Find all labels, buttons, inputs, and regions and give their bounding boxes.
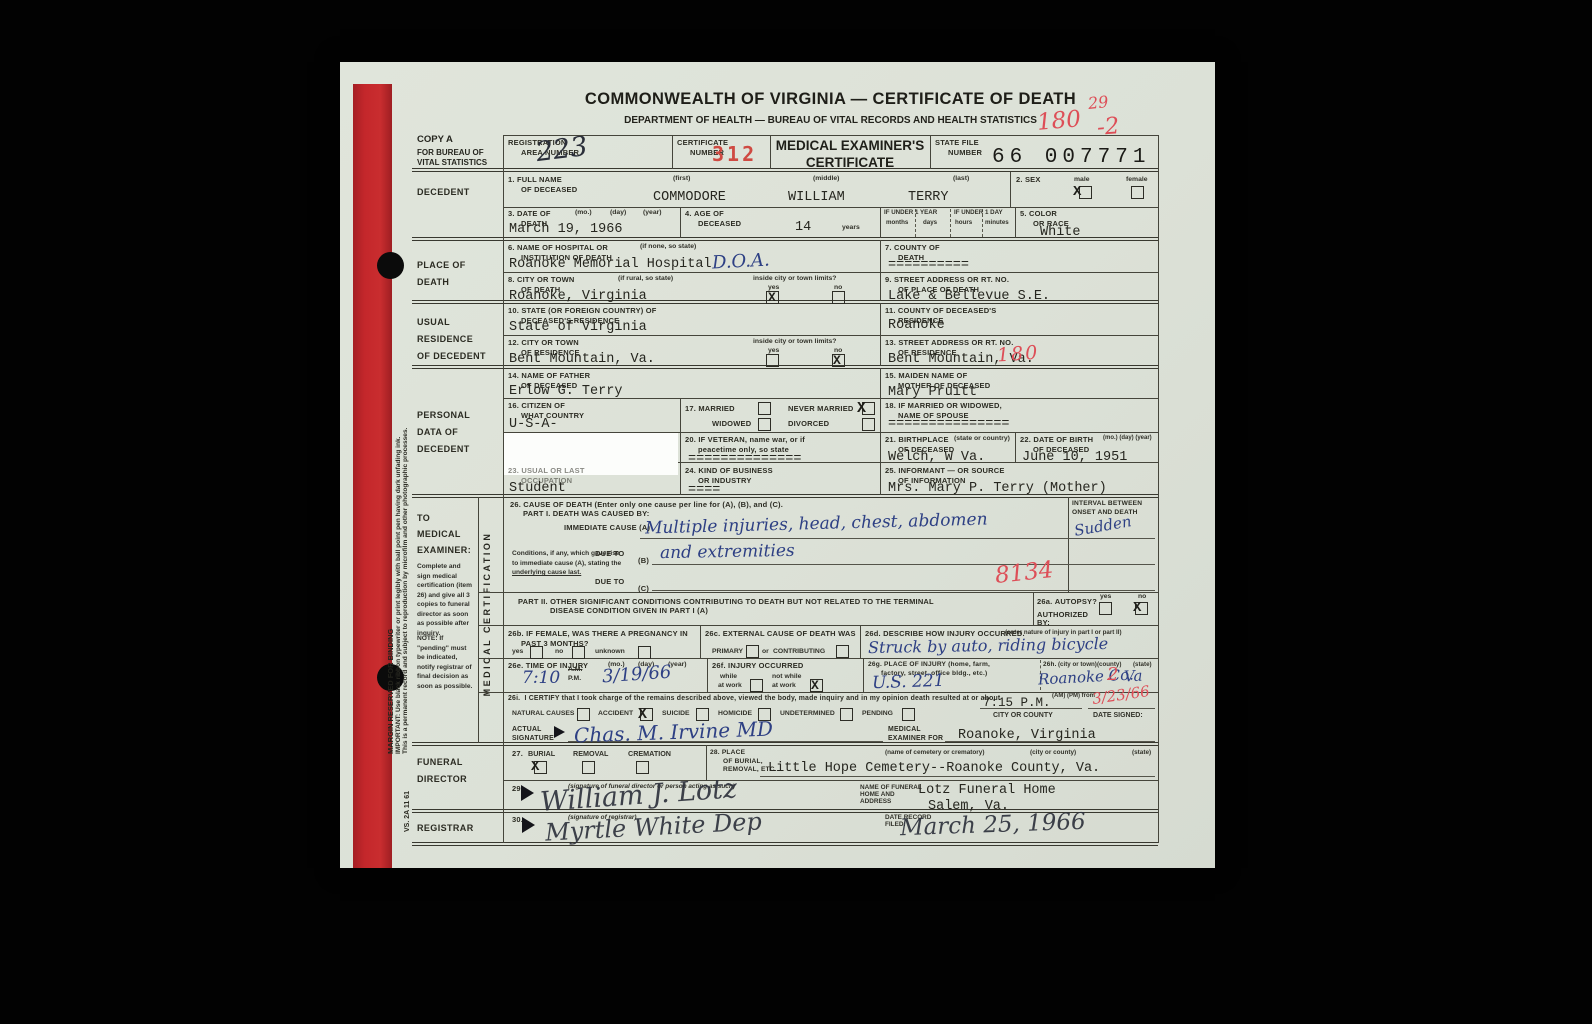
- field8-no-label: no: [834, 284, 842, 291]
- field26g-number: 26g.: [868, 661, 882, 668]
- medical-examiners-line1: MEDICAL EXAMINER'S: [770, 138, 930, 153]
- medical-examiner-for-label: MEDICALEXAMINER FOR: [888, 726, 943, 744]
- field16-number: 16.: [508, 401, 519, 410]
- interval-l1: INTERVAL BETWEEN: [1072, 500, 1142, 509]
- section-label-to-medical-examiner: TOMEDICALEXAMINER:: [417, 510, 471, 559]
- business-value: ====: [688, 483, 720, 498]
- field1-l1: FULL NAME: [517, 175, 562, 184]
- binding-margin-title: MARGIN RESERVED FOR BINDING: [386, 302, 395, 754]
- actual-signature-label: ACTUALSIGNATURE: [512, 726, 554, 744]
- line: [880, 432, 881, 462]
- name-middle-value: WILLIAM: [788, 190, 845, 205]
- cond-l1: Conditions, if any, which gave rise: [512, 549, 632, 559]
- field26f-number: 26f.: [712, 661, 726, 670]
- field26a-label: 26a. AUTOPSY?: [1037, 597, 1097, 607]
- field28-label: 28. PLACEOF BURIAL,REMOVAL, ETC.: [710, 749, 777, 775]
- red-annotation-180: 180: [1036, 106, 1082, 136]
- under1year-label: IF UNDER 1 YEAR: [884, 209, 937, 216]
- field10-number: 10.: [508, 306, 519, 315]
- county-residence-value: Roanoke: [888, 318, 945, 333]
- line: [503, 272, 1158, 273]
- line: [1015, 432, 1016, 462]
- cremation-checkbox: [636, 761, 649, 774]
- field12-l1: CITY OR TOWN: [521, 338, 579, 347]
- pregnancy-unknown-label: unknown: [595, 648, 625, 655]
- field21-number: 21.: [885, 435, 896, 444]
- state-residence-value: State of Virginia: [509, 320, 647, 335]
- field6-number: 6.: [508, 243, 515, 252]
- field26c-number: 26c.: [705, 629, 720, 638]
- signature-pointer-icon: [522, 817, 535, 833]
- citizen-value: U-S-A-: [509, 417, 558, 432]
- contributing-checkbox: [836, 645, 849, 658]
- certificate-number-stamp: 312: [712, 142, 757, 166]
- b-label: (B): [638, 556, 649, 566]
- field5-number: 5.: [1020, 209, 1027, 218]
- street-of-death-value: Lake & Bellevue S.E.: [888, 289, 1050, 304]
- field25-number: 25.: [885, 466, 896, 475]
- line: [1015, 207, 1016, 238]
- field23-number: 23.: [508, 466, 519, 475]
- natural-causes-label: NATURAL CAUSES: [512, 710, 574, 717]
- line: [880, 207, 881, 238]
- field22-l1: DATE OF BIRTH: [1033, 435, 1093, 444]
- line: [980, 708, 1082, 709]
- field25-l1: INFORMANT — OR SOURCE: [898, 466, 1004, 475]
- field8-hint: (if rural, so state): [618, 275, 673, 282]
- field2-l: SEX: [1025, 175, 1041, 184]
- married-checkbox: [758, 402, 771, 415]
- field8-l1: CITY OR TOWN: [517, 275, 575, 284]
- city-of-death-value: Roanoke, Virginia: [509, 289, 647, 304]
- field12-limits-label: inside city or town limits?: [753, 338, 836, 345]
- pregnancy-yes-checkbox: [530, 646, 543, 659]
- funeral-home-label: NAME OF FUNERALHOME ANDADDRESS: [860, 784, 922, 805]
- cause-a-handwriting: Multiple injuries, head, chest, abdomen: [645, 510, 988, 539]
- sex-male-label: male: [1074, 176, 1090, 183]
- field1-hint-middle: (middle): [813, 175, 839, 182]
- while-at-work-checkbox: [750, 679, 763, 692]
- me-l2: EXAMINER FOR: [888, 735, 943, 744]
- line: [930, 135, 931, 169]
- autopsy-label: AUTOPSY?: [1055, 597, 1097, 606]
- personal-label-l1: PERSONAL: [417, 407, 470, 424]
- line: [680, 207, 681, 238]
- signature-pointer-icon: [554, 726, 565, 738]
- binding-margin-note: MARGIN RESERVED FOR BINDING IMPORTANT: U…: [386, 302, 409, 754]
- line: [1068, 497, 1069, 592]
- date-signed-handwriting: 3/23/66: [1091, 682, 1151, 708]
- county-of-death-value: ==========: [888, 258, 969, 273]
- field18-l1: IF MARRIED OR WIDOWED,: [898, 401, 1002, 410]
- field4-l2: DECEASED: [698, 219, 741, 229]
- personal-label-l2: DATA OF: [417, 424, 470, 441]
- sex-female-label: female: [1126, 176, 1148, 183]
- red-annotation-29: 29: [1087, 92, 1109, 113]
- days-label: days: [923, 219, 937, 226]
- not-while-at-work-mark: X: [811, 678, 819, 693]
- line: [863, 658, 864, 692]
- cremation-label: CREMATION: [628, 749, 671, 758]
- primary-checkbox: [746, 645, 759, 658]
- tome-l2: MEDICAL: [417, 526, 471, 542]
- name-first-value: COMMODORE: [653, 190, 726, 205]
- cond-l2: to immediate cause (A), stating the: [512, 559, 632, 569]
- line: [860, 625, 861, 658]
- line: [880, 303, 881, 366]
- field26-head2: PART I. DEATH WAS CAUSED BY:: [523, 509, 649, 519]
- field3-hint-mo: (mo.): [575, 209, 592, 216]
- field4-number: 4.: [685, 209, 692, 218]
- field24-number: 24.: [685, 466, 696, 475]
- injury-occurred-label: INJURY OCCURRED: [728, 661, 804, 670]
- field26f-label: 26f. INJURY OCCURRED: [712, 661, 804, 671]
- field26c-l: EXTERNAL CAUSE OF DEATH WAS: [723, 629, 856, 638]
- line: [503, 335, 1158, 336]
- field4-label: 4. AGE OFDECEASED: [685, 209, 741, 229]
- field8-yes-mark: X: [768, 290, 776, 305]
- field20-l1: IF VETERAN, name war, or if: [698, 435, 805, 444]
- state-file-label-l2: NUMBER: [948, 148, 982, 158]
- fh-l3: ADDRESS: [860, 798, 922, 805]
- not-at-work-label: at work: [772, 682, 796, 689]
- line: [880, 368, 881, 398]
- red-annotation-2-county: 2: [1107, 664, 1118, 685]
- part2-text-l2: DISEASE CONDITION GIVEN IN PART I (A): [550, 606, 708, 616]
- personal-label-l3: DECEDENT: [417, 441, 470, 458]
- field1-hint-last: (last): [953, 175, 969, 182]
- field14-l1: NAME OF FATHER: [521, 371, 590, 380]
- line: [503, 135, 504, 843]
- accident-label: ACCIDENT: [598, 710, 633, 717]
- tome-l3: EXAMINER:: [417, 542, 471, 558]
- field7-l1: COUNTY OF: [894, 243, 940, 252]
- line: [503, 207, 1158, 208]
- line: [503, 135, 1158, 136]
- hospital-value: Roanoke Memorial Hospital: [509, 257, 712, 272]
- line: [652, 564, 1155, 565]
- copy-for-line2: VITAL STATISTICS: [417, 158, 487, 167]
- field3-hint-day: (day): [610, 209, 626, 216]
- certify-text: 26i. I CERTIFY that I took charge of the…: [508, 695, 1000, 704]
- pregnancy-no-label: no: [555, 648, 563, 655]
- burial-mark: X: [531, 759, 539, 775]
- cause-b-handwriting: and extremities: [660, 541, 795, 563]
- field1-l2: OF DECEASED: [521, 185, 577, 195]
- field9-number: 9.: [885, 275, 892, 284]
- field12-no-mark: X: [833, 353, 841, 368]
- while-label: while: [720, 673, 737, 680]
- autopsy-yes-checkbox: [1099, 602, 1112, 615]
- doa-handwriting: D.O.A.: [711, 250, 770, 274]
- red-annotation-180-residence: 180: [996, 342, 1040, 367]
- copy-for-line1: FOR BUREAU OF: [417, 148, 484, 157]
- funeral-l1: FUNERAL: [417, 754, 467, 771]
- line: [478, 625, 1158, 626]
- informant-value: Mrs. Mary P. Terry (Mother): [888, 481, 1107, 496]
- field4-l1: AGE OF: [694, 209, 724, 218]
- date-of-injury-handwriting: 3/19/66: [601, 662, 672, 688]
- field2-number: 2.: [1016, 175, 1023, 184]
- field26a-number: 26a.: [1037, 597, 1052, 606]
- line: [503, 780, 1158, 781]
- date-of-death-value: March 19, 1966: [509, 222, 622, 237]
- field8-number: 8.: [508, 275, 515, 284]
- line: [880, 462, 881, 495]
- field11-number: 11.: [885, 306, 896, 315]
- fh-l1: NAME OF FUNERAL: [860, 784, 922, 791]
- time-of-injury-handwriting: 7:10: [522, 668, 560, 688]
- field8-limits-label: inside city or town limits?: [753, 275, 836, 282]
- binding-margin-line: This is a permanent record and subject t…: [402, 302, 409, 754]
- by-label: BY:: [1037, 618, 1050, 628]
- am-label-struck: A.M.: [568, 666, 582, 673]
- registration-area-number-value: 223: [534, 131, 589, 168]
- field22-number: 22.: [1020, 435, 1031, 444]
- field26g-l1: PLACE OF INJURY (home, farm,: [884, 661, 990, 668]
- months-label: months: [886, 219, 908, 226]
- burial-label: BURIAL: [528, 749, 555, 758]
- undetermined-checkbox: [840, 708, 853, 721]
- field7-number: 7.: [885, 243, 892, 252]
- at-work-label: at work: [718, 682, 742, 689]
- field27-number: 27.: [512, 749, 523, 759]
- contributing-label: CONTRIBUTING: [773, 648, 825, 655]
- date-of-birth-value: June 10, 1951: [1022, 450, 1127, 465]
- field6-l1: NAME OF HOSPITAL OR: [517, 243, 608, 252]
- death-certificate-page: MARGIN RESERVED FOR BINDING IMPORTANT: U…: [340, 62, 1215, 868]
- line: [1088, 708, 1155, 709]
- field11-l1: COUNTY OF DECEASED'S: [898, 306, 997, 315]
- line: [770, 135, 771, 169]
- field15-l1: MAIDEN NAME OF: [898, 371, 967, 380]
- line: [478, 497, 479, 743]
- line: [412, 168, 1158, 172]
- field3-number: 3.: [508, 209, 515, 218]
- red-annotation-2: -2: [1096, 113, 1121, 141]
- field17-married-label: 17. MARRIED: [685, 404, 735, 414]
- city-or-county-label: CITY OR COUNTY: [993, 712, 1053, 719]
- primary-label: PRIMARY: [712, 648, 743, 655]
- red-code-8134: 8134: [994, 557, 1055, 589]
- widowed-checkbox: [758, 418, 771, 431]
- sex-male-mark: X: [1073, 184, 1081, 200]
- section-label-place-of-death: PLACE OFDEATH: [417, 257, 466, 291]
- field15-number: 15.: [885, 371, 896, 380]
- field16-l1: CITIZEN OF: [521, 401, 565, 410]
- sig-l1: ACTUAL: [512, 726, 554, 735]
- field1-label: 1. FULL NAMEOF DECEASED: [508, 175, 577, 195]
- field26i-number: 26i.: [508, 695, 520, 702]
- field26b-number: 26b.: [508, 629, 524, 638]
- state-file-number-value: 66 007771: [992, 146, 1150, 169]
- field12-yes-checkbox: [766, 354, 779, 367]
- injury-description-handwriting: Struck by auto, riding bicycle: [868, 634, 1108, 657]
- place-of-injury-handwriting: U.S. 221: [872, 671, 945, 694]
- age-value: 14: [795, 220, 811, 235]
- or-label: or: [762, 648, 769, 655]
- line: [1033, 592, 1034, 625]
- age-unit-label: years: [842, 224, 860, 231]
- certify-statement: I CERTIFY that I took charge of the rema…: [525, 695, 1001, 702]
- signature-pointer-icon: [521, 785, 534, 801]
- field26d-number: 26d.: [865, 629, 881, 638]
- field28-hint-state: (state): [1132, 749, 1151, 756]
- autopsy-yes-label: yes: [1100, 593, 1111, 600]
- divorced-checkbox: [862, 418, 875, 431]
- color-race-value: White: [1040, 225, 1081, 240]
- pregnancy-yes-label: yes: [512, 648, 523, 655]
- field12-number: 12.: [508, 338, 519, 347]
- field22-hint: (mo.) (day) (year): [1103, 435, 1152, 441]
- field1-hint-first: (first): [673, 175, 690, 182]
- field12-yes-label: yes: [768, 347, 779, 354]
- c-label: (C): [638, 584, 649, 594]
- field26h-number: 26h.: [1043, 661, 1057, 669]
- autopsy-no-mark: X: [1133, 600, 1141, 616]
- field28-number: 28.: [710, 749, 720, 756]
- field5-l1: COLOR: [1029, 209, 1057, 218]
- under1day-label: IF UNDER 1 DAY: [954, 209, 1003, 216]
- medical-examiner-for-value: Roanoke, Virginia: [958, 728, 1096, 743]
- never-married-mark: X: [857, 400, 866, 417]
- due-to-c-label: DUE TO: [595, 577, 624, 587]
- section-label-registrar: REGISTRAR: [417, 820, 474, 837]
- sig-l2: SIGNATURE: [512, 735, 554, 744]
- place-of-burial-value: Little Hope Cemetery--Roanoke County, Va…: [768, 761, 1100, 776]
- line: [880, 398, 881, 432]
- occupation-value: Student: [509, 481, 566, 496]
- minutes-label: minutes: [985, 219, 1009, 226]
- autopsy-no-label: no: [1138, 593, 1146, 600]
- birthplace-value: Welch, W Va.: [888, 450, 985, 465]
- field3-hint-year: (year): [643, 209, 662, 216]
- city-residence-value: Bent Mountain, Va.: [509, 352, 655, 367]
- ampm-from-label: (AM) (PM) from: [1052, 693, 1095, 699]
- funeral-l2: DIRECTOR: [417, 771, 467, 788]
- removal-checkbox: [582, 761, 595, 774]
- suicide-label: SUICIDE: [662, 710, 690, 717]
- line: [700, 625, 701, 658]
- pregnancy-unknown-checkbox: [638, 646, 651, 659]
- name-last-value: TERRY: [908, 190, 949, 205]
- res-label-l2: RESIDENCE: [417, 331, 486, 348]
- field17-number: 17.: [685, 404, 696, 413]
- field21-hint: (state or country): [954, 435, 1010, 442]
- line: [1158, 135, 1159, 843]
- place-label-l1: PLACE OF: [417, 257, 466, 274]
- fh-l2: HOME AND: [860, 791, 922, 798]
- pregnancy-no-checkbox: [572, 646, 585, 659]
- place-label-l2: DEATH: [417, 274, 466, 291]
- field10-l1: STATE (OR FOREIGN COUNTRY) OF: [521, 306, 656, 315]
- field21-l1: BIRTHPLACE: [898, 435, 948, 444]
- field28-hint-city: (city or county): [1030, 749, 1076, 756]
- field26c-label: 26c. EXTERNAL CAUSE OF DEATH WAS: [705, 629, 856, 639]
- funeral-home-name-value: Lotz Funeral Home: [918, 783, 1056, 798]
- state-file-label-l1: STATE FILE: [935, 138, 979, 147]
- line: [478, 592, 1158, 593]
- tome-l1: TO: [417, 510, 471, 526]
- field14-number: 14.: [508, 371, 519, 380]
- binding-margin-line: IMPORTANT: Use black ribbon typewriter o…: [395, 302, 402, 754]
- field2-label: 2. SEX: [1016, 175, 1041, 185]
- pm-label: P.M.: [568, 675, 581, 682]
- line: [707, 658, 708, 692]
- widowed-label: WIDOWED: [712, 419, 751, 429]
- me-l1: MEDICAL: [888, 726, 943, 735]
- mother-name-value: Mary Pruitt: [888, 385, 977, 400]
- veteran-value: ==============: [688, 452, 801, 467]
- not-while-label: not while: [772, 673, 801, 680]
- field20-number: 20.: [685, 435, 696, 444]
- line: [760, 776, 1155, 777]
- pending-label: PENDING: [862, 710, 893, 717]
- line: [1010, 172, 1011, 207]
- removal-label: REMOVAL: [573, 749, 608, 758]
- section-label-residence: USUALRESIDENCEOF DECEDENT: [417, 314, 486, 365]
- line: [950, 209, 951, 237]
- hours-label: hours: [955, 219, 972, 226]
- scan-background: MARGIN RESERVED FOR BINDING IMPORTANT: U…: [0, 0, 1592, 1024]
- section-label-decedent: DECEDENT: [417, 184, 470, 201]
- homicide-label: HOMICIDE: [718, 710, 752, 717]
- section-label-funeral-director: FUNERALDIRECTOR: [417, 754, 467, 788]
- divorced-label: DIVORCED: [788, 419, 829, 429]
- immediate-cause-label: IMMEDIATE CAUSE (A): [564, 523, 650, 533]
- line: [672, 135, 673, 169]
- field8-no-checkbox: [832, 291, 845, 304]
- res-label-l3: OF DECEDENT: [417, 348, 486, 365]
- state-file-label: STATE FILENUMBER: [935, 138, 982, 158]
- spouse-value: ===============: [888, 417, 1010, 432]
- field13-number: 13.: [885, 338, 896, 347]
- copy-label: COPY A: [417, 134, 453, 145]
- field1-number: 1.: [508, 175, 515, 184]
- natural-causes-checkbox: [577, 708, 590, 721]
- page-title: COMMONWEALTH OF VIRGINIA — CERTIFICATE O…: [503, 90, 1158, 109]
- res-label-l1: USUAL: [417, 314, 486, 331]
- line: [880, 240, 881, 301]
- interval-label: INTERVAL BETWEENONSET AND DEATH: [1072, 500, 1142, 517]
- date-record-filed-handwriting: March 25, 1966: [900, 809, 1086, 841]
- conditions-note: Conditions, if any, which gave riseto im…: [512, 549, 632, 578]
- undetermined-label: UNDETERMINED: [780, 710, 835, 717]
- section-label-personal-data: PERSONALDATA OFDECEDENT: [417, 407, 470, 458]
- married-label: MARRIED: [698, 404, 734, 413]
- hole-punch: [377, 252, 404, 279]
- line: [680, 398, 681, 432]
- line: [680, 432, 681, 462]
- pending-note: NOTE: If "pending" must be indicated, no…: [417, 634, 474, 691]
- field3-l1: DATE OF: [517, 209, 551, 218]
- form-code: VS. 2A 11 61: [404, 744, 411, 832]
- field18-number: 18.: [885, 401, 896, 410]
- field28-hint-cemetery: (name of cemetery or crematory): [885, 749, 984, 756]
- never-married-label: NEVER MARRIED: [788, 404, 854, 414]
- field26b-l1: IF FEMALE, WAS THERE A PREGNANCY IN: [526, 629, 688, 638]
- examiner-instruction-note: Complete and sign medical certification …: [417, 562, 474, 638]
- field9-l1: STREET ADDRESS OR RT. NO.: [894, 275, 1009, 284]
- field23-l1: USUAL OR LAST: [521, 466, 584, 475]
- sex-female-checkbox: [1131, 186, 1144, 199]
- field28-l1: PLACE: [722, 749, 745, 756]
- field24-l1: KIND OF BUSINESS: [698, 466, 772, 475]
- father-name-value: Erlow G. Terry: [509, 384, 622, 399]
- pending-checkbox: [902, 708, 915, 721]
- date-signed-label: DATE SIGNED:: [1093, 712, 1143, 719]
- field6-hint: (if none, so state): [640, 243, 696, 250]
